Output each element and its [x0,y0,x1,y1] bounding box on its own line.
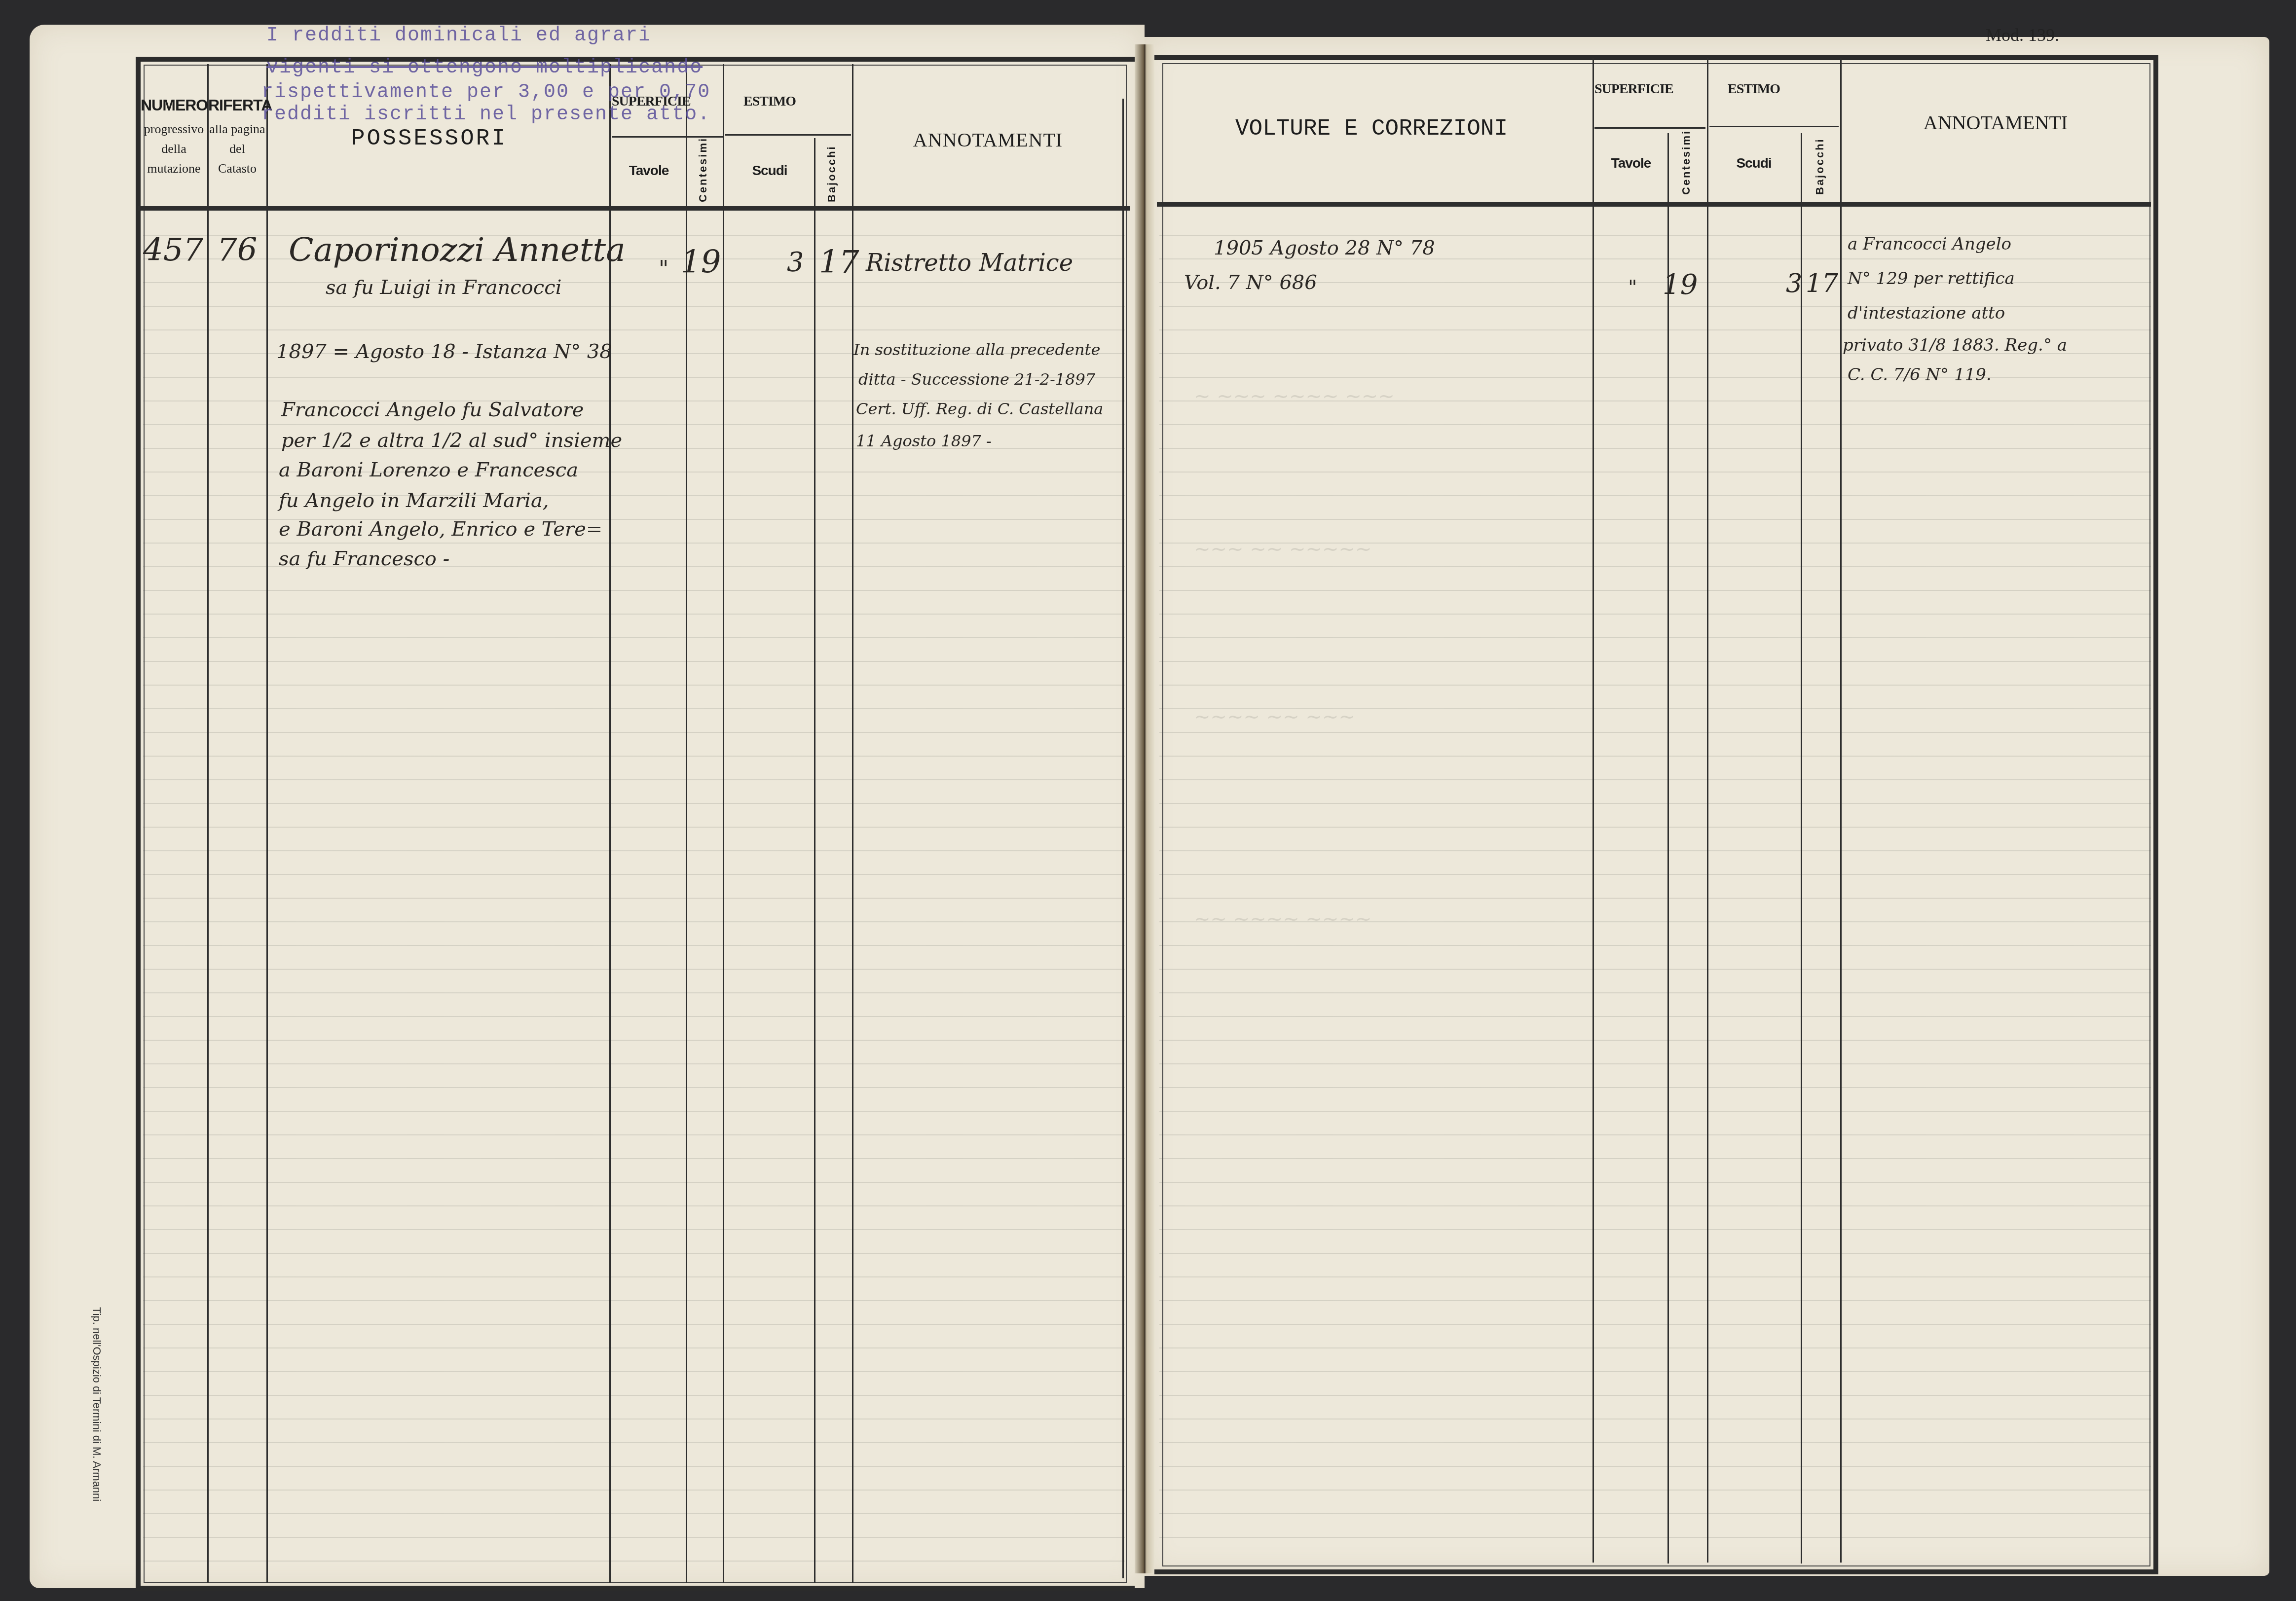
entry-tavole: " [659,256,668,282]
header-annotamenti: ANNOTAMENTI [853,128,1122,151]
entry-possessore-6: Francocci Angelo fu Salvatore [281,399,584,421]
left-col-line [207,64,209,1583]
right-entry-annot-4: privato 31/8 1883. Reg.° a [1843,335,2067,355]
right-col-line [1592,58,1594,1563]
left-col-line [814,138,815,1583]
header-tavole: Tavole [612,163,686,179]
entry-possessore-1: Caporinozzi Annetta [289,231,626,269]
right-col-line [1667,133,1669,1564]
stamp-line-2: vigenti si ottengono moltiplicando [266,57,703,79]
right-entry-annot-3: d'intestazione atto [1848,303,2005,323]
right-col-line [1840,58,1842,1563]
header-volture: VOLTURE E CORREZIONI [1184,116,1559,142]
header-centesimi: Centesimi [697,148,709,202]
left-col-line [723,64,724,1583]
entry-centesimi: 19 [681,244,721,281]
right-entry-annot-2: N° 129 per rettifica [1848,269,2015,289]
printer-imprint: Tip. nell'Ospizio di Termini di M. Arman… [90,1307,103,1501]
header-estimo: ESTIMO [725,94,814,109]
book-gutter [1135,44,1154,1573]
entry-riferta: 76 [217,232,257,268]
left-col-line [1122,99,1124,1578]
left-col-line [609,64,611,1583]
right-entry-annot-1: a Francocci Angelo [1848,234,2011,254]
left-header-divider [138,206,1130,211]
entry-annotamenti-1: Ristretto Matrice [866,249,1073,277]
bleed-through-text: ~ ~~~ ~~~~ ~~~ [1194,385,1395,407]
header-scudi: Scudi [725,163,814,179]
entry-annotamenti-2a: In sostituzione alla precedente [853,340,1100,359]
right-entry-centesimi: 19 [1663,269,1698,301]
estimo-sub-divider [725,134,851,136]
right-col-line [1707,58,1708,1563]
right-header-estimo: ESTIMO [1709,81,1798,97]
right-header-tavole: Tavole [1594,155,1667,171]
entry-possessore-10: e Baroni Angelo, Enrico e Tere= [279,518,602,541]
entry-scudi: 3 [787,247,804,278]
entry-possessore-7: per 1/2 e altra 1/2 al sud° insieme [281,429,622,452]
entry-bajocchi: 17 [819,244,859,281]
right-entry-tavole: " [1628,276,1637,299]
stamp-line-4: redditi iscritti nel presente atto. [261,104,710,126]
header-numero: NUMERO [141,96,207,114]
right-header-scudi: Scudi [1709,155,1798,171]
right-entry-volture-2: Vol. 7 N° 686 [1184,271,1317,294]
form-number: Mod. 139. [1986,25,2059,45]
left-form-frame [136,57,1135,1591]
stamp-line-3: rispettivamente per 3,00 e per 0,70 [261,81,710,104]
right-header-centesimi: Centesimi [1680,141,1693,195]
right-header-divider [1157,202,2151,207]
header-possessori: POSSESSORI [306,126,553,151]
right-header-bajocchi: Bajocchi [1814,141,1826,195]
entry-possessore-11: sa fu Francesco - [279,547,449,570]
entry-annotamenti-2d: 11 Agosto 1897 - [856,432,992,450]
right-estimo-sub-divider [1709,126,1839,127]
header-numero-sub-3: mutazione [141,156,207,182]
header-riferta-sub-3: Catasto [208,156,266,182]
stamp-line-1: I redditi dominicali ed agrari [266,25,651,47]
bleed-through-text: ~~~~ ~~ ~~~ [1194,705,1355,728]
entry-numero: 457 [143,232,203,268]
entry-possessore-2: sa fu Luigi in Francocci [326,276,561,299]
header-bajocchi: Bajocchi [825,148,838,202]
left-col-line [686,64,687,1583]
header-riferta: RIFERTA [208,96,266,114]
right-entry-bajocchi: 17 [1806,269,1838,298]
entry-annotamenti-2b: ditta - Successione 21-2-1897 [858,370,1095,389]
bleed-through-text: ~~ ~~~~ ~~~~ [1194,908,1372,930]
entry-possessore-4: 1897 = Agosto 18 - Istanza N° 38 [276,340,612,363]
bleed-through-text: ~~~ ~~ ~~~~~ [1194,538,1372,560]
entry-annotamenti-2c: Cert. Uff. Reg. di C. Castellana [856,400,1103,418]
right-entry-annot-5: C. C. 7/6 N° 119. [1848,365,1992,385]
right-superficie-sub-divider [1594,127,1705,129]
right-entry-scudi: 3 [1786,269,1802,298]
entry-possessore-9: fu Angelo in Marzili Maria, [279,489,549,512]
right-header-superficie: SUPERFICIE [1594,81,1668,97]
left-col-line [852,64,853,1583]
right-col-line [1801,133,1802,1564]
right-entry-volture-1: 1905 Agosto 28 N° 78 [1214,237,1435,259]
left-col-line [266,64,268,1583]
right-header-annotamenti: ANNOTAMENTI [1843,111,2148,134]
entry-possessore-8: a Baroni Lorenzo e Francesca [279,459,578,481]
